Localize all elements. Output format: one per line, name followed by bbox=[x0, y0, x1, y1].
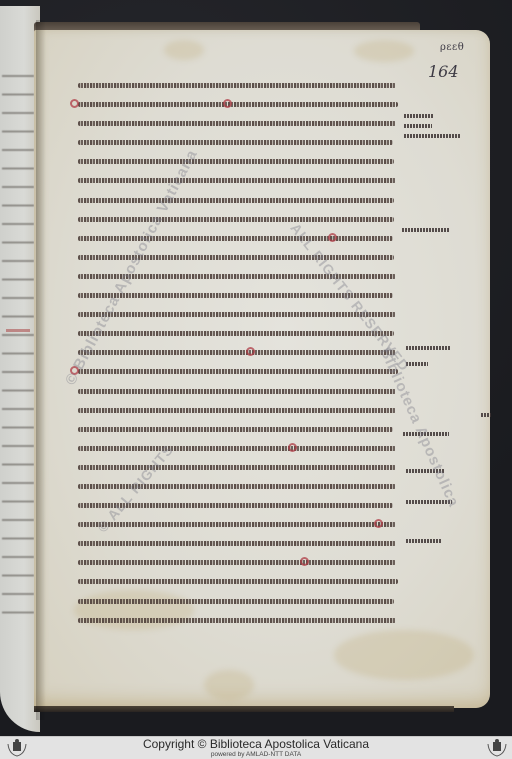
handwritten-text bbox=[78, 140, 393, 145]
facing-page-text bbox=[2, 66, 34, 626]
manuscript-line bbox=[78, 515, 404, 534]
handwritten-text bbox=[78, 121, 396, 126]
handwritten-text bbox=[78, 599, 394, 604]
handwritten-text bbox=[78, 102, 398, 107]
manuscript-line bbox=[78, 229, 404, 248]
gutter-shadow bbox=[36, 20, 46, 720]
copyright-footer: Copyright © Biblioteca Apostolica Vatica… bbox=[0, 736, 512, 759]
marginal-note bbox=[404, 124, 432, 128]
handwritten-text bbox=[78, 465, 396, 470]
manuscript-line bbox=[78, 420, 404, 439]
handwritten-text bbox=[78, 408, 396, 413]
folio-number: 164 bbox=[428, 62, 459, 81]
rubricated-letter bbox=[328, 233, 337, 242]
handwritten-text bbox=[78, 427, 393, 432]
manuscript-line bbox=[78, 534, 404, 553]
handwritten-text bbox=[78, 389, 396, 394]
manuscript-line bbox=[78, 114, 404, 133]
handwritten-text bbox=[78, 217, 394, 222]
rubricated-letter bbox=[288, 443, 297, 452]
marginal-note bbox=[406, 539, 442, 543]
rubricated-initial bbox=[70, 99, 79, 108]
marginal-note bbox=[402, 228, 450, 232]
manuscript-line bbox=[78, 553, 404, 572]
manuscript-line bbox=[78, 171, 404, 190]
manuscript-line bbox=[78, 133, 404, 152]
handwritten-text bbox=[78, 618, 396, 623]
handwritten-text bbox=[78, 560, 396, 565]
vatican-crest-icon bbox=[486, 738, 508, 758]
manuscript-line bbox=[78, 343, 404, 362]
marginal-note bbox=[481, 413, 491, 417]
handwritten-text bbox=[78, 83, 396, 88]
handwritten-text bbox=[78, 178, 396, 183]
handwritten-text bbox=[78, 331, 394, 336]
handwritten-text bbox=[78, 350, 396, 355]
manuscript-line bbox=[78, 611, 404, 630]
handwritten-text bbox=[78, 369, 398, 374]
manuscript-line bbox=[78, 439, 404, 458]
handwritten-text bbox=[78, 312, 396, 317]
manuscript-viewer[interactable]: ρεεθ 164 © Biblioteca Apostolica Vatican… bbox=[0, 0, 512, 736]
manuscript-line bbox=[78, 401, 404, 420]
manuscript-line bbox=[78, 382, 404, 401]
marginal-note bbox=[404, 114, 434, 118]
handwritten-text bbox=[78, 159, 394, 164]
shelfmark-annotation: ρεεθ bbox=[440, 42, 464, 53]
manuscript-line bbox=[78, 210, 404, 229]
powered-by-text: powered by AMLAD-NTT DATA bbox=[0, 751, 512, 759]
manuscript-text-block bbox=[78, 76, 404, 630]
marginal-note bbox=[406, 346, 450, 350]
manuscript-line bbox=[78, 458, 404, 477]
handwritten-text bbox=[78, 541, 396, 546]
handwritten-text bbox=[78, 198, 394, 203]
copyright-text: Copyright © Biblioteca Apostolica Vatica… bbox=[0, 737, 512, 751]
page-bottom-edge bbox=[34, 706, 454, 712]
manuscript-line bbox=[78, 324, 404, 343]
facing-page-rubric bbox=[6, 329, 30, 332]
manuscript-line bbox=[78, 191, 404, 210]
manuscript-line bbox=[78, 362, 404, 381]
vatican-crest-icon bbox=[6, 738, 28, 758]
manuscript-line bbox=[78, 76, 404, 95]
marginal-note bbox=[404, 134, 460, 138]
handwritten-text bbox=[78, 446, 396, 451]
manuscript-line bbox=[78, 152, 404, 171]
manuscript-line bbox=[78, 95, 404, 114]
handwritten-text bbox=[78, 579, 398, 584]
manuscript-line bbox=[78, 572, 404, 591]
manuscript-line bbox=[78, 592, 404, 611]
handwritten-text bbox=[78, 522, 396, 527]
handwritten-text bbox=[78, 236, 393, 241]
